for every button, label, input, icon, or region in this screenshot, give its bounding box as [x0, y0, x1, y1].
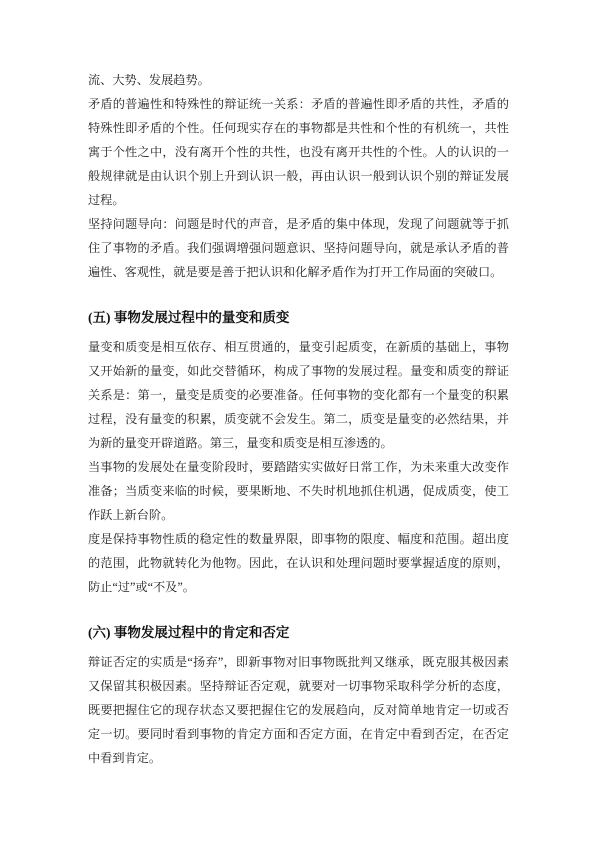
section-5-paragraph-2: 当事物的发展处在量变阶段时，要踏踏实实做好日常工作，为未来重大改变作准备；当质变… — [88, 455, 509, 527]
document-page: 流、大势、发展趋势。 矛盾的普遍性和特殊性的辩证统一关系：矛盾的普遍性即矛盾的共… — [0, 0, 596, 842]
intro-paragraph-2: 矛盾的普遍性和特殊性的辩证统一关系：矛盾的普遍性即矛盾的共性，矛盾的特殊性即矛盾… — [88, 92, 509, 212]
intro-paragraph-1: 流、大势、发展趋势。 — [88, 68, 509, 92]
section-heading-5: (五) 事物发展过程中的量变和质变 — [88, 306, 509, 330]
intro-paragraph-3: 坚持问题导向：问题是时代的声音，是矛盾的集中体现，发现了问题就等于抓住了事物的矛… — [88, 212, 509, 284]
document-content: 流、大势、发展趋势。 矛盾的普遍性和特殊性的辩证统一关系：矛盾的普遍性即矛盾的共… — [88, 68, 509, 770]
section-heading-6: (六) 事物发展过程中的肯定和否定 — [88, 621, 509, 645]
section-5-paragraph-1: 量变和质变是相互依存、相互贯通的，量变引起质变，在新质的基础上，事物又开始新的量… — [88, 335, 509, 455]
section-5-paragraph-3: 度是保持事物性质的稳定性的数量界限，即事物的限度、幅度和范围。超出度的范围，此物… — [88, 527, 509, 599]
section-6-paragraph-1: 辩证否定的实质是“扬弃”，即新事物对旧事物既批判又继承，既克服其极因素又保留其积… — [88, 650, 509, 770]
